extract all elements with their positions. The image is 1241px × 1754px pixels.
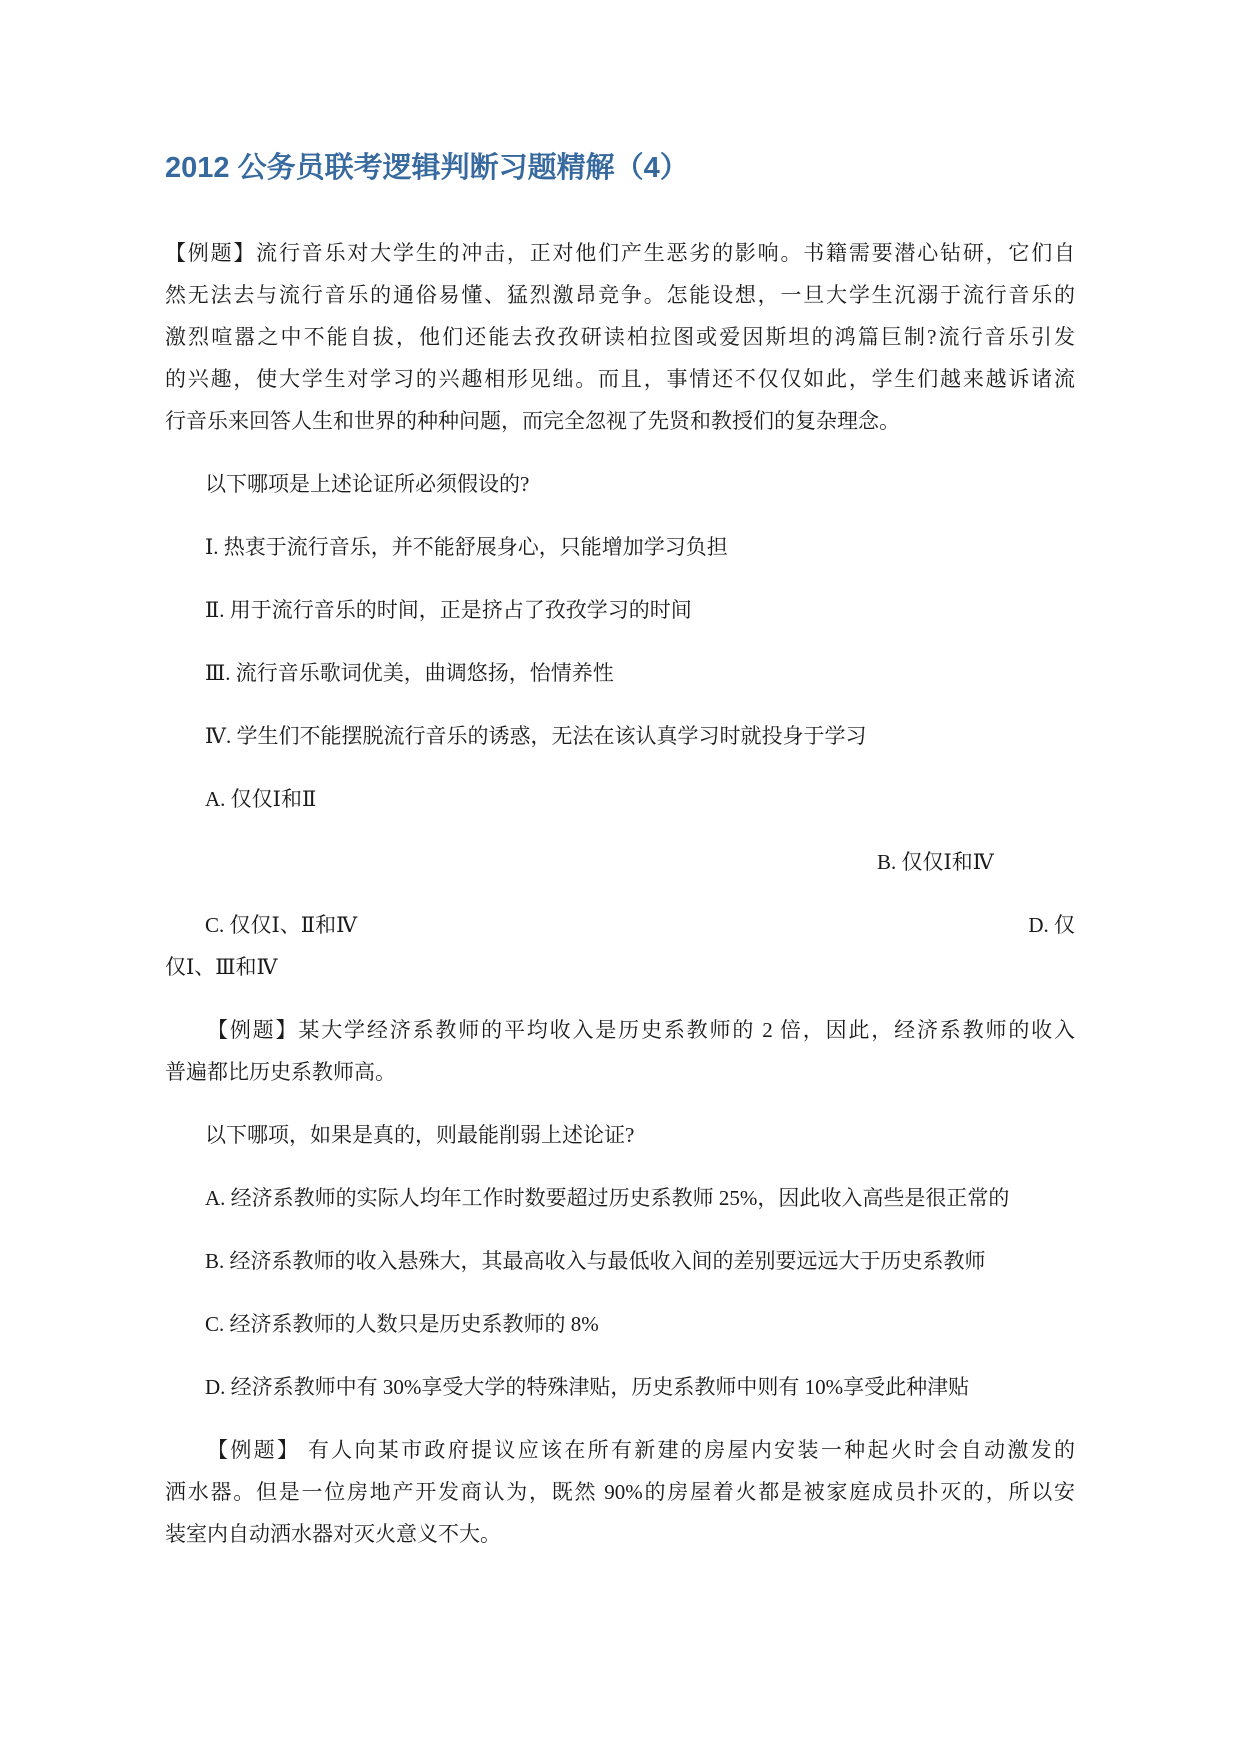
page-title: 2012 公务员联考逻辑判断习题精解（4） (165, 148, 1075, 188)
q1-option-d-wrap: 仅Ⅰ、Ⅲ和Ⅳ (165, 946, 1075, 988)
q1-option-c: C. 仅仅Ⅰ、Ⅱ和Ⅳ (165, 904, 357, 946)
q2-prompt: 以下哪项，如果是真的，则最能削弱上述论证? (165, 1114, 1075, 1156)
q1-stem-line: 然无法去与流行音乐的通俗易懂、猛烈激昂竞争。怎能设想，一旦大学生沉溺于流行音乐的 (165, 274, 1075, 316)
q1-statement-3: Ⅲ. 流行音乐歌词优美，曲调悠扬，怡情养性 (165, 652, 1075, 694)
q1-option-d-start: D. 仅 (1028, 904, 1075, 946)
q1-stem-paragraph: 【例题】流行音乐对大学生的冲击，正对他们产生恶劣的影响。书籍需要潜心钻研，它们自… (165, 232, 1075, 442)
q1-statement-4: Ⅳ. 学生们不能摆脱流行音乐的诱惑，无法在该认真学习时就投身于学习 (165, 715, 1075, 757)
q1-statement-1: Ⅰ. 热衷于流行音乐，并不能舒展身心，只能增加学习负担 (165, 526, 1075, 568)
q1-option-b: B. 仅仅Ⅰ和Ⅳ (165, 841, 1075, 883)
q1-options-cd: C. 仅仅Ⅰ、Ⅱ和Ⅳ D. 仅 仅Ⅰ、Ⅲ和Ⅳ (165, 904, 1075, 988)
q2-option-d: D. 经济系教师中有 30%享受大学的特殊津贴，历史系教师中则有 10%享受此种… (165, 1366, 1075, 1408)
q2-stem-line: 【例题】某大学经济系教师的平均收入是历史系教师的 2 倍，因此，经济系教师的收入 (165, 1009, 1075, 1051)
q1-stem-line: 行音乐来回答人生和世界的种种问题，而完全忽视了先贤和教授们的复杂理念。 (165, 400, 1075, 442)
document-page: 2012 公务员联考逻辑判断习题精解（4） 【例题】流行音乐对大学生的冲击，正对… (0, 0, 1241, 1754)
q3-stem-line: 【例题】 有人向某市政府提议应该在所有新建的房屋内安装一种起火时会自动激发的 (165, 1429, 1075, 1471)
q1-stem-line: 的兴趣，使大学生对学习的兴趣相形见绌。而且，事情还不仅仅如此，学生们越来越诉诸流 (165, 358, 1075, 400)
q3-stem-line: 洒水器。但是一位房地产开发商认为，既然 90%的房屋着火都是被家庭成员扑灭的，所… (165, 1471, 1075, 1513)
q2-stem-line: 普遍都比历史系教师高。 (165, 1051, 1075, 1093)
q2-stem-paragraph: 【例题】某大学经济系教师的平均收入是历史系教师的 2 倍，因此，经济系教师的收入… (165, 1009, 1075, 1093)
q2-option-b: B. 经济系教师的收入悬殊大，其最高收入与最低收入间的差别要远远大于历史系教师 (165, 1240, 1075, 1282)
q3-stem-paragraph: 【例题】 有人向某市政府提议应该在所有新建的房屋内安装一种起火时会自动激发的 洒… (165, 1429, 1075, 1555)
q1-statement-2: Ⅱ. 用于流行音乐的时间，正是挤占了孜孜学习的时间 (165, 589, 1075, 631)
q3-stem-line: 装室内自动洒水器对灭火意义不大。 (165, 1513, 1075, 1555)
q1-stem-line: 激烈喧嚣之中不能自拔，他们还能去孜孜研读柏拉图或爱因斯坦的鸿篇巨制?流行音乐引发 (165, 316, 1075, 358)
q2-option-c: C. 经济系教师的人数只是历史系教师的 8% (165, 1303, 1075, 1345)
q1-prompt: 以下哪项是上述论证所必须假设的? (165, 463, 1075, 505)
q2-option-a: A. 经济系教师的实际人均年工作时数要超过历史系教师 25%，因此收入高些是很正… (165, 1177, 1075, 1219)
q1-option-a: A. 仅仅Ⅰ和Ⅱ (165, 778, 1075, 820)
q1-stem-line: 【例题】流行音乐对大学生的冲击，正对他们产生恶劣的影响。书籍需要潜心钻研，它们自 (165, 232, 1075, 274)
